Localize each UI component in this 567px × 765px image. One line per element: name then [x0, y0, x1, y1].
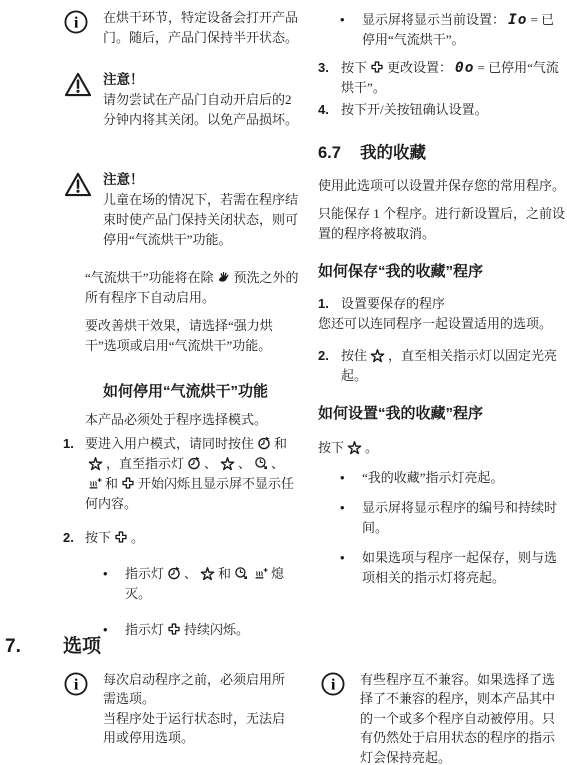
favourite-star-icon [220, 456, 235, 471]
delay-start-clock-icon [257, 436, 271, 450]
section-number: 7. [5, 634, 29, 660]
step-text: 要进入用户模式，请同时按住和，直至指示灯、、、和开始闪烁且显示屏不显示任何内容。 [85, 434, 300, 514]
extra-hygiene-steam-icon [88, 476, 102, 490]
ordered-step-1: 1. 设置要保存的程序 [318, 294, 567, 314]
warning-triangle-icon [63, 70, 103, 130]
time-saver-clock-icon [254, 456, 268, 470]
text-segment: 和 [218, 566, 231, 581]
ordered-step-4: 4. 按下开/关按钮确认设置。 [318, 100, 567, 120]
display-value-off: 0o [455, 60, 474, 76]
extra-power-cross-icon [121, 476, 135, 490]
info-icon [320, 670, 360, 765]
bullet-text: 如果选项与程序一起保存，则与选项相关的指示灯将亮起。 [362, 548, 567, 588]
two-column-body: 在烘干环节，特定设备会打开产品门。随后，产品门保持半开状态。 注意！ 请勿尝试在… [0, 0, 567, 612]
ordered-step-2: 2. 按下。 [63, 528, 300, 548]
bullet-text: 显示屏将显示程序的编号和持续时间。 [362, 498, 567, 538]
text-segment: 按下 [341, 60, 367, 75]
options-notes-row: 每次启动程序之前，必须启用所需选项。 当程序处于运行状态时，无法启用或停用选项。… [0, 670, 567, 765]
text-segment: “气流烘干”功能将在除 [85, 270, 214, 285]
heading-stop-airdry: 如何停用“气流烘干”功能 [103, 382, 300, 402]
paragraph: 您还可以连同程序一起设置适用的选项。 [318, 314, 567, 334]
warning-body: 注意！ 儿童在场的情况下，若需在程序结束时使产品门保持关闭状态，则可停用“气流烘… [103, 170, 300, 250]
extra-power-cross-icon [370, 60, 384, 74]
warning-title: 注意！ [103, 170, 300, 190]
text-segment: 。 [131, 530, 144, 545]
section-title: 我的收藏 [360, 144, 426, 162]
text-segment: 更改设置： [387, 60, 452, 75]
extra-power-cross-icon [167, 622, 181, 636]
section-heading-6-7: 6.7我的收藏 [318, 142, 567, 164]
section-title: 选项 [63, 636, 101, 657]
ordered-step-3: 3. 按下更改设置：0o= 已停用“气流烘干”。 [318, 58, 567, 98]
bullet-text: 显示屏将显示当前设置：Io= 已停用“气流烘干”。 [362, 10, 567, 50]
paragraph: 按下。 [318, 438, 567, 458]
step-text: 按下更改设置：0o= 已停用“气流烘干”。 [341, 58, 567, 98]
bullet-item: • 显示屏将显示程序的编号和持续时间。 [340, 498, 567, 538]
step-number: 4. [318, 100, 341, 120]
bullet-marker: • [103, 620, 125, 640]
ordered-step-1: 1. 要进入用户模式，请同时按住和，直至指示灯、、、和开始闪烁且显示屏不显示任何… [63, 434, 300, 514]
step-text: 按住，直至相关指示灯以固定光亮起。 [341, 346, 567, 386]
text-segment: 指示灯 [125, 566, 164, 581]
info-note-text: 有些程序互不兼容。如果选择了选择了不兼容的程序，则本产品其中的一个或多个程序自动… [360, 670, 565, 765]
warning-body: 注意！ 请勿尝试在产品门自动开启后的2分钟内将其关闭。以免产品损坏。 [103, 70, 300, 130]
mode-intro: 本产品必须处于程序选择模式。 [85, 410, 300, 430]
bullet-marker: • [340, 468, 362, 488]
step-text: 设置要保存的程序 [341, 294, 567, 314]
warning-note-2: 注意！ 儿童在场的情况下，若需在程序结束时使产品门保持关闭状态，则可停用“气流烘… [63, 170, 300, 250]
step-number: 1. [63, 434, 85, 514]
warning-text: 儿童在场的情况下，若需在程序结束时使产品门保持关闭状态，则可停用“气流烘干”功能… [103, 190, 300, 250]
right-column: • 显示屏将显示当前设置：Io= 已停用“气流烘干”。 3. 按下更改设置：0o… [318, 6, 567, 612]
favourite-star-icon [200, 566, 215, 581]
info-icon [63, 8, 103, 48]
info-note-text: 每次启动程序之前，必须启用所需选项。 当程序处于运行状态时，无法启用或停用选项。 [103, 670, 290, 765]
text-segment: 按下 [318, 440, 344, 455]
bullet-marker: • [340, 498, 362, 538]
bullet-item: • “我的收藏”指示灯亮起。 [340, 468, 567, 488]
info-note-text: 在烘干环节，特定设备会打开产品门。随后，产品门保持半开状态。 [103, 8, 300, 48]
bullet-text: 指示灯持续闪烁。 [125, 620, 300, 640]
paragraph: 使用此选项可以设置并保存您的常用程序。 [318, 176, 567, 196]
heading-set-favourite: 如何设置“我的收藏”程序 [318, 404, 567, 424]
heading-save-favourite: 如何保存“我的收藏”程序 [318, 262, 567, 282]
bullet-marker: • [340, 548, 362, 588]
bullet-item: • 显示屏将显示当前设置：Io= 已停用“气流烘干”。 [340, 10, 567, 50]
airdry-paragraph: “气流烘干”功能将在除预洗之外的所有程序下自动启用。 [85, 268, 300, 308]
text-segment: 显示屏将显示当前设置： [362, 12, 505, 27]
punctuation: 、 [271, 456, 284, 471]
step-text: 按下开/关按钮确认设置。 [341, 100, 567, 120]
left-column: 在烘干环节，特定设备会打开产品门。随后，产品门保持半开状态。 注意！ 请勿尝试在… [0, 6, 300, 612]
punctuation: 、 [204, 456, 217, 471]
favourite-star-icon [88, 456, 103, 471]
text-line: 每次启动程序之前，必须启用所需选项。 [103, 670, 290, 709]
warning-title: 注意！ [103, 70, 300, 90]
bullet-text: 指示灯、和熄灭。 [125, 564, 300, 604]
favourite-star-icon [347, 440, 362, 455]
bullet-item: • 如果选项与程序一起保存，则与选项相关的指示灯将亮起。 [340, 548, 567, 588]
warning-text: 请勿尝试在产品门自动开启后的2分钟内将其关闭。以免产品损坏。 [103, 90, 300, 130]
improve-paragraph: 要改善烘干效果，请选择“强力烘干”选项或启用“气流烘干”功能。 [85, 316, 300, 356]
hand-wash-icon [217, 270, 231, 284]
text-line: 当程序处于运行状态时，无法启用或停用选项。 [103, 709, 290, 748]
text-segment: 按下 [85, 530, 111, 545]
extra-hygiene-steam-icon [254, 566, 268, 580]
step-text: 按下。 [85, 528, 300, 548]
section-number: 6.7 [318, 142, 348, 164]
text-segment: ，直至指示灯 [106, 456, 184, 471]
display-value-on: Io [508, 12, 527, 28]
step-number: 3. [318, 58, 341, 98]
bullet-text: “我的收藏”指示灯亮起。 [362, 468, 567, 488]
info-note-door: 在烘干环节，特定设备会打开产品门。随后，产品门保持半开状态。 [63, 8, 300, 48]
bullet-marker: • [340, 10, 362, 50]
bullet-item: • 指示灯持续闪烁。 [103, 620, 300, 640]
text-segment: 按住 [341, 348, 367, 363]
text-segment: 要进入用户模式，请同时按住 [85, 436, 254, 451]
step-number: 1. [318, 294, 341, 314]
info-note-options: 每次启动程序之前，必须启用所需选项。 当程序处于运行状态时，无法启用或停用选项。 [63, 670, 290, 765]
punctuation: 、 [238, 456, 251, 471]
bullet-item: • 指示灯、和熄灭。 [103, 564, 300, 604]
bullet-marker: • [103, 564, 125, 604]
step-number: 2. [318, 346, 341, 386]
text-segment: 和 [274, 436, 287, 451]
step-number: 2. [63, 528, 85, 548]
paragraph: 只能保存 1 个程序。进行新设置后，之前设置的程序将被取消。 [318, 204, 567, 244]
punctuation: 、 [184, 566, 197, 581]
time-saver-clock-icon [234, 566, 248, 580]
info-note-compatibility: 有些程序互不兼容。如果选择了选择了不兼容的程序，则本产品其中的一个或多个程序自动… [320, 670, 565, 765]
info-icon [63, 670, 103, 765]
text-segment: 和 [105, 476, 118, 491]
ordered-step-2: 2. 按住，直至相关指示灯以固定光亮起。 [318, 346, 567, 386]
extra-power-cross-icon [114, 530, 128, 544]
warning-triangle-icon [63, 170, 103, 250]
warning-note-1: 注意！ 请勿尝试在产品门自动开启后的2分钟内将其关闭。以免产品损坏。 [63, 70, 300, 130]
manual-page: 在烘干环节，特定设备会打开产品门。随后，产品门保持半开状态。 注意！ 请勿尝试在… [0, 0, 567, 765]
text-segment: 指示灯 [125, 622, 164, 637]
text-segment: 。 [365, 440, 378, 455]
section-7: 7.选项 每次启动程序之前，必须启用所需选项。 当程序处于运行状态时，无法启用或… [0, 634, 567, 765]
delay-start-clock-icon [187, 456, 201, 470]
favourite-star-icon [370, 348, 385, 363]
text-segment: 持续闪烁。 [184, 622, 249, 637]
delay-start-clock-icon [167, 566, 181, 580]
